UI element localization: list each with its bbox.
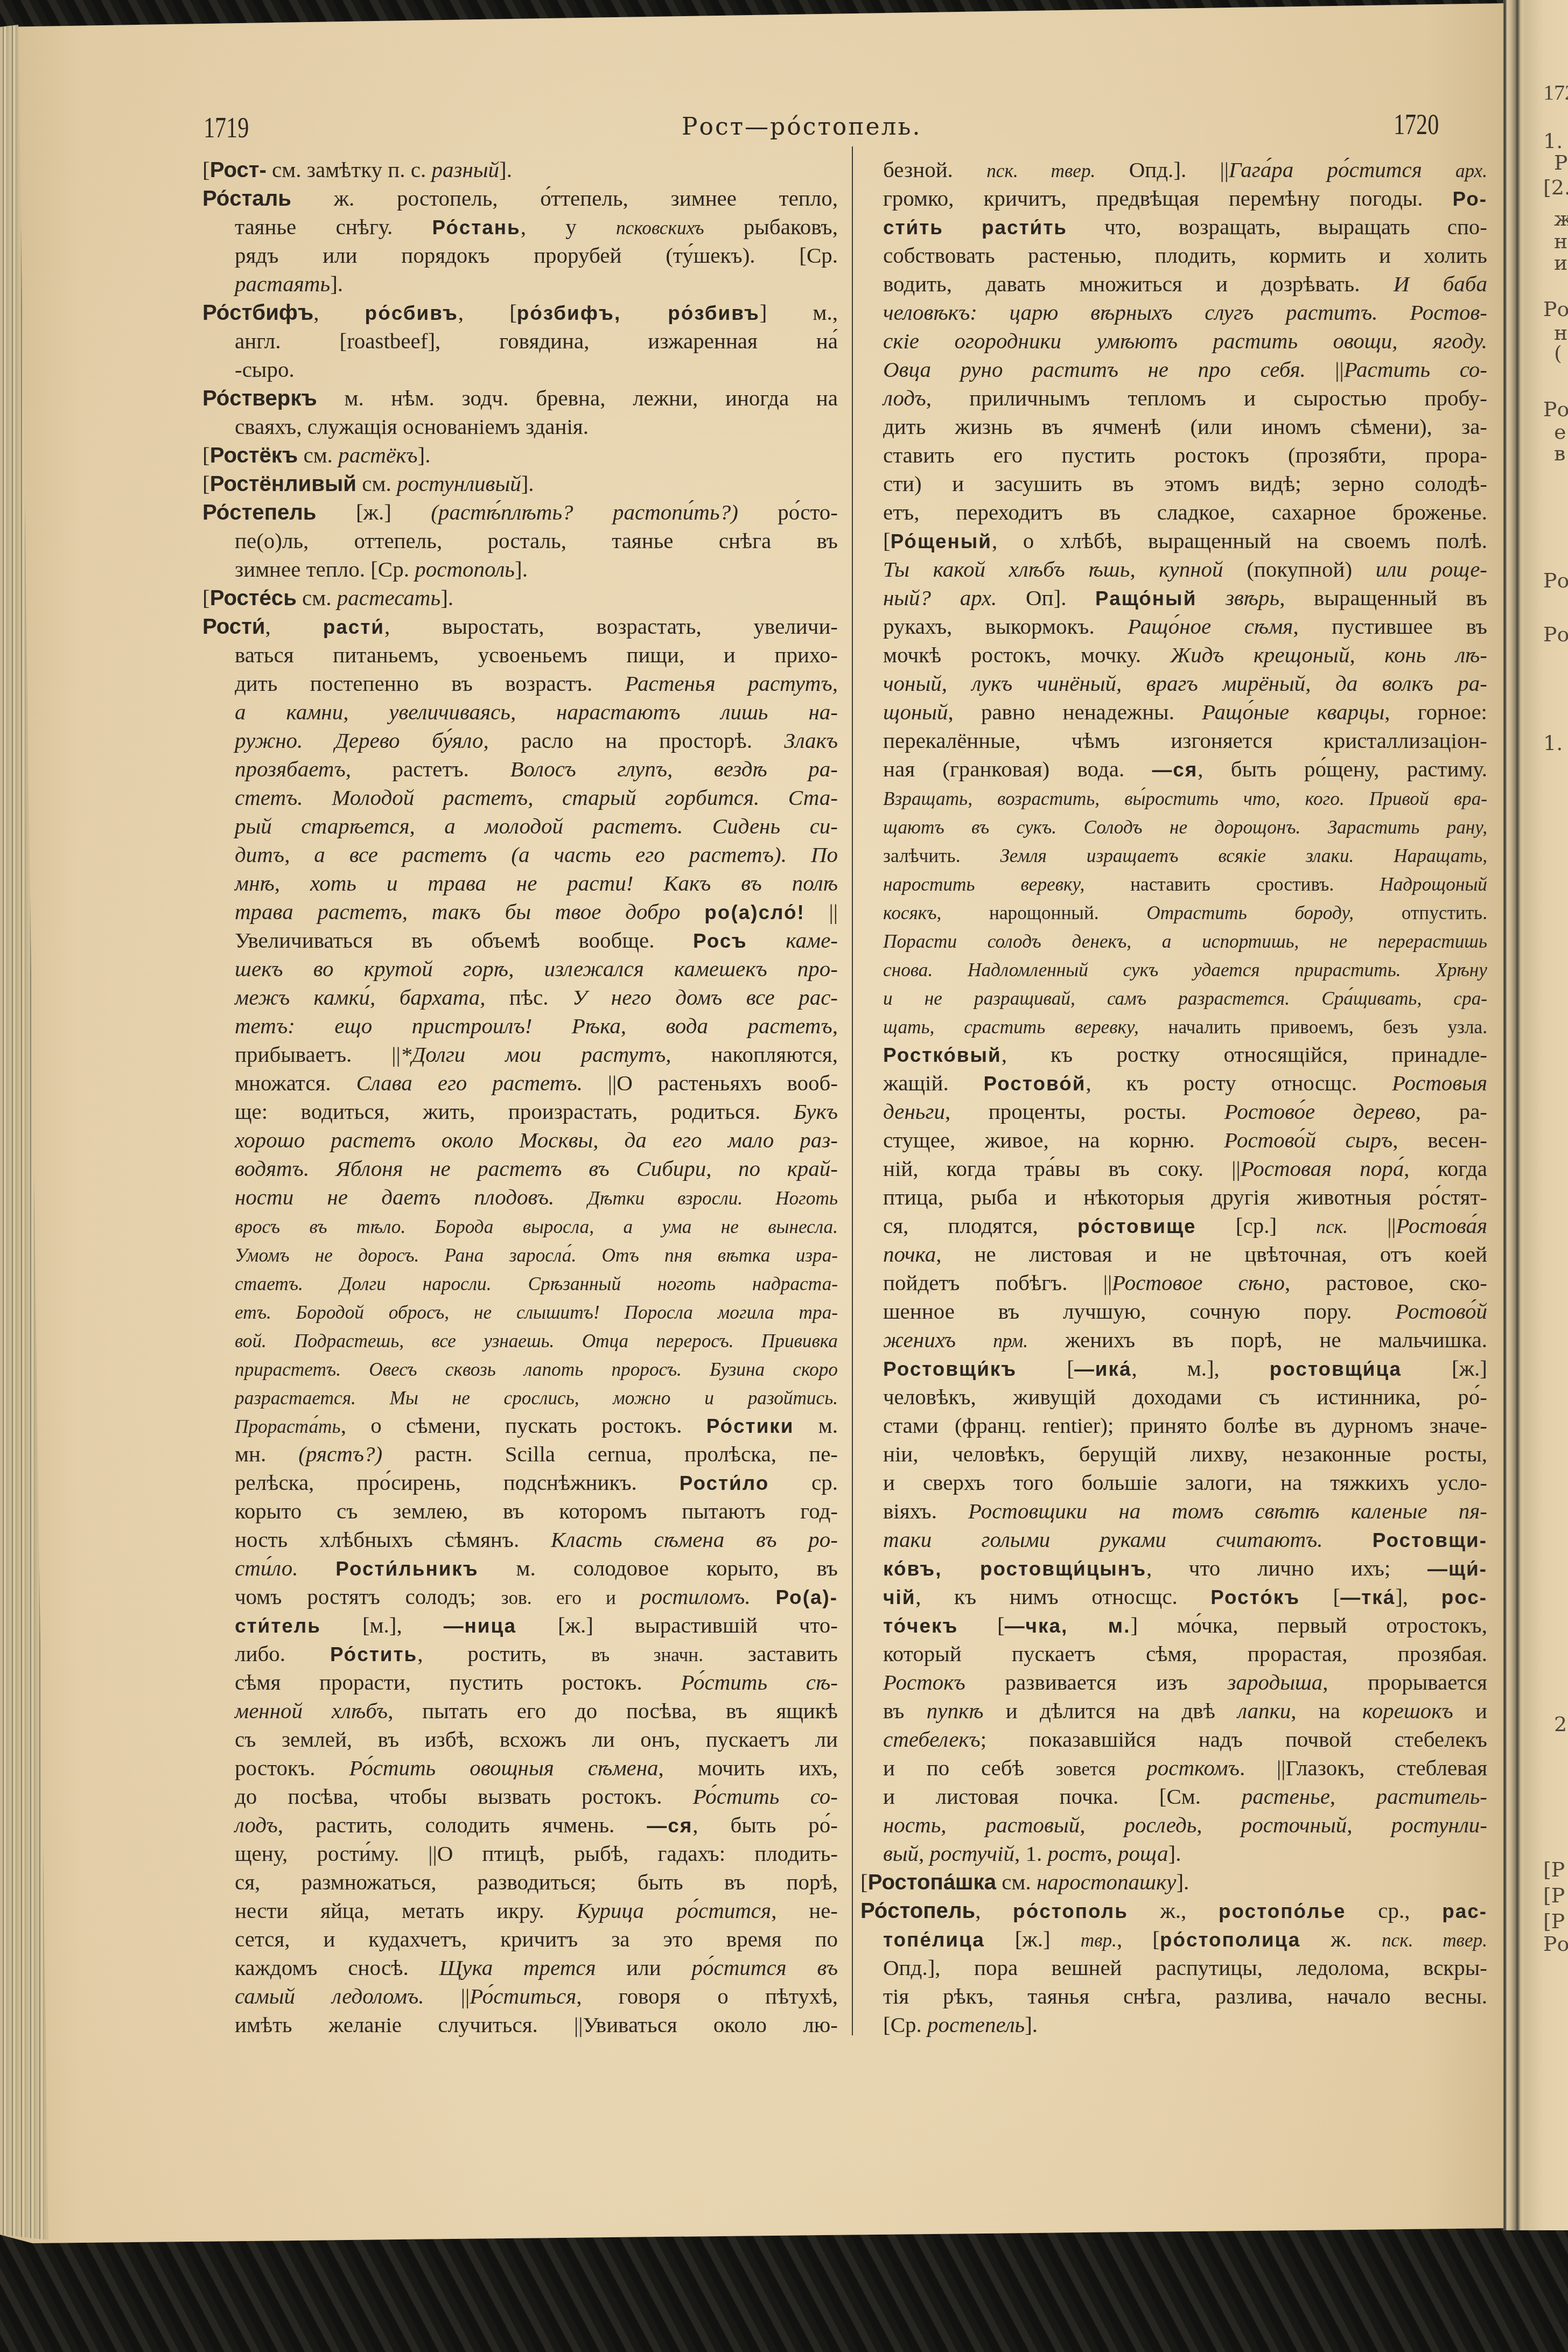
text-line: ко́въ, ростовщи́цынъ, что лично ихъ; —щи… [860, 1554, 1487, 1583]
text-run: ]. [499, 157, 512, 182]
text-line: дить жизнь въ ячменѣ (или иномъ сѣмени),… [860, 412, 1487, 441]
small-text: нарощонный. [989, 902, 1146, 923]
entry-first-line: Ро́стверкъ м. нѣм. зодч. бревна, лежни, … [202, 384, 838, 412]
text-run: чомъ ростятъ солодъ; [235, 1584, 501, 1609]
text-run: сти) и засушить въ этомъ видѣ; зерно сол… [883, 471, 1487, 496]
headword-spaced: ро́стополь [1013, 1900, 1128, 1922]
headword-spaced: —ика́ [1074, 1358, 1132, 1380]
italic-example: росткомъ [1146, 1755, 1240, 1780]
text-run: [ [958, 1613, 1004, 1637]
text-run: етъ, переходитъ въ сладкое, сахарное бро… [883, 500, 1487, 524]
italic-example: Ращо́ные кварцы [1202, 699, 1384, 724]
text-line: громко, кричитъ, предвѣщая перемѣну пого… [860, 184, 1487, 213]
text-run: , къ росту относщс. [1086, 1070, 1392, 1095]
italic-example: лодъ [883, 386, 926, 410]
next-page-fragment: Ро [1543, 622, 1568, 646]
text-run: , 1. [1014, 1841, 1048, 1866]
text-line: ніи, человѣкъ, берущій лихву, незаконные… [860, 1440, 1487, 1468]
text-run: до посѣва, чтобы вызвать ростокъ. [235, 1784, 693, 1809]
headword-spaced: Рости́ло [680, 1472, 769, 1494]
headword-spaced: Ращо́ный [1095, 587, 1196, 610]
text-run: сваяхъ, служащія основаніемъ зданія. [235, 414, 589, 439]
small-italic-example: Умомъ не доросъ. Рана заросла́. Отъ пня … [235, 1245, 838, 1266]
text-run: , равно ненадежны. [948, 699, 1202, 724]
italic-example: растаять [235, 271, 330, 296]
italic-example: а камни, увеличиваясь, нарастаютъ лишь н… [235, 699, 838, 724]
text-run: ] м., [760, 300, 838, 325]
text-line: сѣмя прорасти, пустить ростокъ. Ро́стить… [202, 1668, 838, 1697]
headword-spaced: ро(а)сло́! [704, 901, 804, 923]
text-line: ся, плодятся, ро́стовище [ср.] пск. ||Ро… [860, 1212, 1487, 1240]
headword-spaced: ростовщи́ца [1270, 1358, 1402, 1380]
text-line: ность хлѣбныхъ сѣмянъ. Класть сѣмена въ … [202, 1525, 838, 1554]
small-italic-example: Дѣтки взросли. Ноготь [588, 1188, 838, 1209]
text-run: см. [298, 443, 338, 467]
text-run [1323, 1527, 1373, 1552]
text-run: перекалённые, чѣмъ изгоняется кристаллиз… [883, 728, 1487, 753]
text-run: ]. [1168, 1841, 1181, 1866]
text-run: || [1348, 1213, 1396, 1238]
text-line: вой. Подрастешь, все узнаешь. Отца перер… [202, 1326, 838, 1354]
text-line: Ростовщи́къ [—ика́, м.], ростовщи́ца [ж.… [860, 1354, 1487, 1383]
italic-example: чоный, лукъ чинёный, врагъ мирёный, да в… [883, 671, 1487, 696]
italic-example: хорошо растетъ около Москвы, да его мало… [235, 1128, 838, 1152]
italic-example: Ростокъ [883, 1670, 965, 1695]
headword-spaced: Ро(а)- [775, 1586, 838, 1608]
italic-example: сти́ло. [235, 1556, 298, 1580]
text-line: -сыро. [202, 355, 838, 384]
text-run: ж., [1128, 1898, 1219, 1923]
text-run: , [265, 614, 323, 639]
italic-example: прозябаетъ, [235, 757, 392, 781]
headword-spaced: —ся [1152, 759, 1198, 781]
text-line: чоный, лукъ чинёный, врагъ мирёный, да в… [860, 669, 1487, 698]
text-line: сти́ло. Рости́льникъ м. солодовое корыто… [202, 1554, 838, 1583]
text-run: женихъ въ порѣ, не мальчишка. [1028, 1327, 1487, 1352]
text-line: Овца руно раститъ не про себя. ||Растить… [860, 355, 1487, 384]
text-run: [ [202, 471, 210, 496]
text-line: Опд.], пора вешней распутицы, ледолома, … [860, 1954, 1487, 1982]
headword: Ростопа́шка [868, 1870, 996, 1894]
small-italic-example: пск. твер. [986, 160, 1095, 181]
small-text: началить привоемъ, безъ узла. [1168, 1017, 1487, 1038]
headword-spaced: Ро́стики [706, 1415, 794, 1437]
scanned-book-spread: 1719 Рост—ро́стопель. 1720 [Рост- см. за… [0, 0, 1568, 2352]
text-line: вросъ въ тѣло. Борода выросла, а ума не … [202, 1212, 838, 1240]
text-run: имѣть желаніе случиться. ||Увиваться око… [235, 2012, 838, 2037]
text-line: хорошо растетъ около Москвы, да его мало… [202, 1126, 838, 1154]
text-line: корыто съ землею, въ которомъ пытаютъ го… [202, 1497, 838, 1525]
italic-example: Курица ро́стится [577, 1898, 772, 1923]
text-line: тетъ: ещо пристроилъ! Рѣка, вода растетъ… [202, 1012, 838, 1040]
text-line: стетъ. Молодой растетъ, старый горбится.… [202, 783, 838, 812]
text-run: , ростить, [417, 1641, 591, 1666]
text-line: ности не даетъ плодовъ. Дѣтки взросли. Н… [202, 1183, 838, 1212]
text-run: корыто съ землею, въ которомъ пытаютъ го… [235, 1499, 838, 1523]
text-line: пе(о)ль, оттепель, росталь, таянье снѣга… [202, 527, 838, 555]
small-italic-example: етъ. Бородой обросъ, не слышитъ! Поросла… [235, 1302, 838, 1323]
text-line: ростокъ. Ро́стить овощныя сѣмена, мочить… [202, 1754, 838, 1782]
text-line: почка, не листовая и не цвѣточная, отъ к… [860, 1240, 1487, 1269]
italic-example: Ростово́й [1395, 1299, 1487, 1324]
text-line: и не разращивай, самъ разрастется. Сра́щ… [860, 983, 1487, 1012]
italic-example: ружно. Дерево бу́яло, [235, 728, 521, 753]
italic-example: ростепель [927, 2012, 1025, 2037]
text-run: , ра- [1416, 1099, 1487, 1124]
page-number-right: 1720 [1394, 108, 1439, 141]
italic-example: Гага́ра ро́стится [1229, 157, 1422, 182]
text-run: ся, размножаться, разводиться; быть въ п… [235, 1870, 838, 1894]
text-run: мочкѣ ростокъ, мочку. [883, 642, 1171, 667]
text-line: множатся. Слава его растетъ. ||О растень… [202, 1069, 838, 1097]
entry-first-line: [Рост- см. замѣтку п. с. разный]. [202, 156, 838, 184]
text-run: и [1453, 1698, 1487, 1723]
italic-example: межъ камки́, бархата, [235, 985, 509, 1010]
italic-example: ности не даетъ плодовъ. [235, 1185, 588, 1209]
italic-example: Ростова́я [1396, 1213, 1487, 1238]
text-run: [м.], [321, 1613, 444, 1637]
italic-example: Ро́стить со- [693, 1784, 838, 1809]
headword-spaced: топе́лица [883, 1929, 985, 1951]
text-run: [ж.] [317, 500, 431, 524]
headword-spaced: то́чекъ [883, 1615, 958, 1637]
italic-example: человѣкъ: царю вѣрныхъ слугъ раститъ. Ро… [883, 300, 1487, 325]
text-run: ||О растеньяхъ вооб- [583, 1070, 838, 1095]
next-page-fragment: ( [1554, 341, 1562, 365]
text-run: безной. [883, 157, 986, 182]
italic-example: Ростовыя [1392, 1070, 1487, 1095]
entry-first-line: [Росте́сь см. растесать]. [202, 584, 838, 612]
text-run: шенное въ лучшую, сочную пору. [883, 1299, 1395, 1324]
headword: Ро́стверкъ [202, 386, 317, 410]
next-page-fragment: Ро [1543, 1932, 1568, 1956]
entry-first-line: Рости́, расти́, выростать, возрастать, у… [202, 612, 838, 641]
text-run: , говоря о пѣтухѣ, [576, 1984, 838, 2008]
italic-example: У него домъ все рас- [572, 985, 838, 1010]
entry-first-line: Ро́степель [ж.] (растѣ́плѣть? растопи́ть… [202, 498, 838, 527]
next-page-fragment: ж [1554, 207, 1568, 230]
text-line: Прораста́ть, о сѣмени, пускать ростокъ. … [202, 1411, 838, 1440]
next-page-fragment: н [1554, 229, 1567, 253]
book-gutter-shadow [1503, 0, 1524, 2230]
text-line: нести яйца, метать икру. Курица ро́ститс… [202, 1896, 838, 1925]
text-run: , пустившее въ [1293, 614, 1487, 639]
text-line: рый старѣется, а молодой растетъ. Сидень… [202, 812, 838, 841]
text-run: , пытать его до посѣва, въ ящикѣ [388, 1698, 838, 1723]
text-run: зимнее тепло. [Ср. [235, 557, 415, 582]
text-line: менной хлѣбъ, пытать его до посѣва, въ я… [202, 1697, 838, 1725]
text-run: растетъ. [392, 757, 510, 781]
text-run: , [313, 300, 365, 325]
text-run: [ж.] [985, 1927, 1081, 1951]
text-run: , выращенный въ [1279, 585, 1487, 610]
small-italic-example: вой. Подрастешь, все узнаешь. Отца перер… [235, 1331, 838, 1352]
text-line: сваяхъ, служащія основаніемъ зданія. [202, 412, 838, 441]
text-line: каждомъ сносѣ. Щука трется или ро́стится… [202, 1954, 838, 1982]
italic-example: растенье, раститель- [1242, 1784, 1487, 1809]
text-line: косякъ, нарощонный. Отрастить бороду, от… [860, 898, 1487, 926]
italic-example: пупкѣ [927, 1698, 984, 1723]
text-line: ній, когда тра́вы въ соку. ||Ростовая по… [860, 1154, 1487, 1183]
text-run [1422, 157, 1455, 182]
small-text: зов. его и [501, 1587, 641, 1608]
text-line: вый, ростучій, 1. ростъ, роща]. [860, 1839, 1487, 1868]
text-run: громко, кричитъ, предвѣщая перемѣну пого… [883, 186, 1452, 211]
italic-example: звѣрь [1226, 585, 1279, 610]
italic-example: (растѣ́плѣть? растопи́ть?) [431, 500, 738, 524]
text-run: прибываетъ. || [235, 1042, 401, 1067]
next-page-fragment: 1. Н [1543, 731, 1568, 755]
italic-example: Ты какой хлѣбъ ѣшь, купной [883, 557, 1223, 582]
next-page-strip: 1721 1. Р Р [2. ж н и Рос н ( Рос е в Ро… [1524, 0, 1568, 2230]
text-run: , растовое, ско- [1285, 1270, 1487, 1295]
italic-example: Растенья растутъ, [625, 671, 838, 696]
text-line: рукахъ, выкормокъ. Ращо́ное сѣмя, пустив… [860, 612, 1487, 641]
text-run: ростокъ. [235, 1755, 349, 1780]
text-line: стущее, живое, на корню. Ростово́й сыръ,… [860, 1126, 1487, 1154]
italic-example: водятъ. Яблоня не растетъ въ Сибири, по … [235, 1156, 838, 1181]
headword: Ростёкъ [210, 443, 298, 467]
next-page-fragment: Рос [1543, 397, 1568, 421]
text-run: , приличнымъ тепломъ и сыростью пробу- [926, 386, 1487, 410]
text-line: дитъ, а все растетъ (а часть его растетъ… [202, 841, 838, 869]
next-page-fragment: 1. Р [1543, 129, 1568, 153]
italic-example: Ро́стить овощныя сѣмена [349, 1755, 659, 1780]
text-run: человѣкъ, живущій доходами съ истинника,… [883, 1384, 1487, 1409]
next-page-fragment: 2. [1554, 1712, 1568, 1736]
text-run: [ [883, 528, 891, 553]
text-run: дить жизнь въ ячменѣ (или иномъ сѣмени),… [883, 414, 1487, 439]
text-run: пе(о)ль, оттепель, росталь, таянье снѣга… [235, 528, 838, 553]
italic-example: Волосъ глупъ, вездѣ ра- [510, 757, 838, 781]
text-line: межъ камки́, бархата, пѣс. У него домъ в… [202, 983, 838, 1012]
small-italic-example: псковскихъ [616, 218, 704, 239]
headword-spaced: Ро́стить [330, 1643, 417, 1665]
headword-spaced: ко́въ, ростовщи́цынъ [883, 1558, 1146, 1580]
headword-spaced: рос- [1441, 1586, 1487, 1608]
entry-first-line: [Ростопа́шка см. наростопашку]. [860, 1868, 1487, 1896]
headword-spaced: Ро́щеный [891, 530, 992, 552]
italic-example: Ращо́ное сѣмя [1128, 614, 1293, 639]
text-run: стами (франц. rentier); принято болѣе въ… [883, 1413, 1487, 1438]
text-line: и листовая почка. [См. растенье, растите… [860, 1782, 1487, 1811]
headword-spaced: Ростовщи- [1373, 1529, 1487, 1551]
next-page-fragment: Ро [1543, 569, 1568, 592]
italic-example: Ро́ститься [470, 1984, 576, 2008]
text-line: топе́лица [ж.] твр., [ро́стополица ж. пс… [860, 1925, 1487, 1954]
text-line: шекъ во крутой горѣ, излежался камешекъ … [202, 955, 838, 983]
text-run: пойдетъ побѣгъ. || [883, 1270, 1112, 1295]
italic-example: Слава его растетъ. [356, 1070, 583, 1095]
text-run: ро́сто- [738, 500, 838, 524]
text-run: , къ нимъ относщс. [915, 1584, 1210, 1609]
entry-first-line: [Ростёкъ см. растёкъ]. [202, 441, 838, 470]
text-line: ставить его пустить ростокъ (прозябти, п… [860, 441, 1487, 470]
text-run: ще: водиться, жить, произрастать, родить… [235, 1099, 794, 1124]
text-line: собствовать растенью, плодить, кормить и… [860, 241, 1487, 270]
small-italic-example: Прораста́ть [235, 1416, 341, 1437]
text-run: и по себѣ [883, 1755, 1056, 1780]
headword-spaced: ро́сбивъ [365, 302, 458, 324]
italic-example: ность, растовый, роследь, росточный, рос… [883, 1812, 1487, 1837]
italic-example: менной хлѣбъ [235, 1698, 388, 1723]
text-line: ся, размножаться, разводиться; быть въ п… [202, 1868, 838, 1896]
headword-spaced: Ро́стань [432, 216, 521, 239]
text-line: безной. пск. твер. Опд.]. ||Гага́ра ро́с… [860, 156, 1487, 184]
text-line: имѣть желаніе случиться. ||Увиваться око… [202, 2011, 838, 2039]
italic-example: дитъ, а все растетъ (а часть его растетъ… [235, 842, 838, 867]
text-run: -сыро. [235, 357, 295, 382]
text-run: щену, рости́му. ||О птицѣ, рыбѣ, гадахъ:… [235, 1841, 838, 1866]
text-line: перекалённые, чѣмъ изгоняется кристаллиз… [860, 726, 1487, 755]
text-run: (покупной) [1223, 557, 1376, 582]
headword-spaced: расти́ [323, 616, 384, 638]
text-run: ніи, человѣкъ, берущій лихву, незаконные… [883, 1441, 1487, 1466]
text-run [298, 1556, 335, 1580]
text-run: , быть ро́- [692, 1812, 838, 1837]
small-italic-example: косякъ, [883, 902, 989, 923]
text-run: , [975, 1898, 1013, 1923]
text-line: релѣска, про́сирень, подснѣжникъ. Рости́… [202, 1468, 838, 1497]
text-run: || [805, 899, 838, 924]
small-italic-example: арх. [1455, 160, 1487, 181]
small-italic-example: Отрастить бороду, [1146, 902, 1401, 923]
text-run: , на [1291, 1698, 1362, 1723]
italic-example: лапки [1237, 1698, 1291, 1723]
text-line: и по себѣ зовется росткомъ. ||Глазокъ, с… [860, 1754, 1487, 1782]
headword-spaced: сти́тель [235, 1615, 321, 1637]
text-line: ный? арх. Оп]. Ращо́ный звѣрь, выращенны… [860, 584, 1487, 612]
text-line: Ростко́вый, къ ростку относящійся, прина… [860, 1040, 1487, 1069]
text-run: Опд.]. || [1095, 157, 1229, 182]
text-run: , что лично ихъ; [1146, 1556, 1427, 1580]
text-run: ставить его пустить ростокъ (прозябти, п… [883, 443, 1487, 467]
text-run: , растить, солодить ячмень. [278, 1812, 647, 1837]
text-run: см. [356, 471, 397, 496]
entry-first-line: [Ростёнливый см. ростунливый]. [202, 470, 838, 498]
headword-spaced: Росто́къ [1210, 1586, 1300, 1608]
next-page-fragment: Рос [1543, 297, 1568, 321]
entry-first-line: Ро́сталь ж. ростопель, о́ттепель, зимнее… [202, 184, 838, 213]
italic-example: стебелекъ [883, 1727, 981, 1752]
headword-spaced: ро́стополица [1160, 1929, 1300, 1951]
small-italic-example: Земля изращаетъ всякіе злаки. Наращать, [1000, 845, 1487, 866]
small-italic-example: Взращать, возрастить, вы́ростить что, ко… [883, 788, 1487, 809]
headword: Ро́стопель [860, 1899, 975, 1923]
text-run: ] мо́чка, первый отростокъ, [1130, 1613, 1487, 1637]
text-run: растн. Scilla cernua, пролѣска, пе- [382, 1441, 838, 1466]
text-line: самый ледоломъ. ||Ро́ститься, говоря о п… [202, 1982, 838, 2011]
small-text: въ значн. [591, 1644, 703, 1665]
italic-example: (рястъ?) [298, 1441, 382, 1466]
text-line: рядъ или порядокъ прорубей (ту́шекъ). [С… [202, 241, 838, 270]
text-run: , о сѣмени, пускать ростокъ. [341, 1413, 706, 1438]
text-run: тія рѣкъ, таянья снѣга, разлива, начало … [883, 1984, 1487, 2008]
next-page-fragment: в [1554, 442, 1565, 465]
small-italic-example: разрастается. Мы не срослись, можно и ра… [235, 1388, 838, 1409]
italic-example: Букъ [794, 1099, 838, 1124]
text-run: водить, давать множиться и дозрѣвать. [883, 271, 1394, 296]
headword: Ро́сталь [202, 186, 291, 211]
text-run: жащій. [883, 1070, 984, 1095]
text-run: [ [202, 585, 210, 610]
text-run: ]. [330, 271, 343, 296]
text-run [1196, 585, 1226, 610]
text-line: и сверхъ того большіе залоги, на тяжкихъ… [860, 1468, 1487, 1497]
text-run: ній, когда тра́вы въ соку. || [883, 1156, 1241, 1181]
text-run: , мочить ихъ, [659, 1755, 838, 1780]
text-run: ср., [1346, 1898, 1443, 1923]
text-line: лодъ, растить, солодить ячмень. —ся, быт… [202, 1811, 838, 1839]
small-text: зовется [1056, 1759, 1146, 1780]
italic-example: *Долги мои растутъ, [401, 1042, 671, 1067]
text-run: рядъ или порядокъ прорубей (ту́шекъ). [С… [235, 243, 838, 268]
italic-example: или роще- [1376, 557, 1487, 582]
italic-example: стетъ. Молодой растетъ, старый горбится.… [235, 785, 838, 810]
text-run: и дѣлится на двѣ [984, 1698, 1238, 1723]
text-line: скіе огородники умѣютъ растить овощи, яг… [860, 327, 1487, 355]
text-line: мочкѣ ростокъ, мочку. Жидъ крещоный, кон… [860, 641, 1487, 669]
text-run: мн. [235, 1441, 298, 1466]
italic-example: ростунливый [397, 471, 521, 496]
text-run: ся, плодятся, [883, 1213, 1077, 1238]
italic-example: самый ледоломъ. [235, 1984, 424, 2008]
headword: Рост- [210, 158, 267, 182]
text-run: ]. [1176, 1870, 1189, 1894]
text-line: Порасти солодъ денекъ, а испортишь, не п… [860, 926, 1487, 955]
headword-spaced: Ро- [1452, 188, 1487, 210]
small-italic-example: вросъ въ тѣло. Борода выросла, а ума не … [235, 1216, 838, 1237]
text-run: [ [202, 443, 210, 467]
text-run: или [596, 1955, 692, 1980]
text-run: Оп]. [997, 585, 1095, 610]
text-line: прозябаетъ, растетъ. Волосъ глупъ, вездѣ… [202, 755, 838, 783]
headword-spaced: Ростово́й [984, 1073, 1086, 1095]
text-line: англ. [roastbeef], говядина, изжаренная … [202, 327, 838, 355]
headword: Ростёнливый [210, 472, 356, 496]
text-line: трава растетъ, такъ бы твое добро ро(а)с… [202, 898, 838, 926]
headword-spaced: Ростовщи́къ [883, 1358, 1017, 1380]
text-run: см. [996, 1870, 1037, 1894]
text-run: ; показавшійся надъ почвой стебелекъ [981, 1727, 1487, 1752]
text-line: прирастетъ. Овесъ сквозь лапоть проросъ.… [202, 1354, 838, 1383]
text-line: лодъ, приличнымъ тепломъ и сыростью проб… [860, 384, 1487, 412]
text-line: человѣкъ, живущій доходами съ истинника,… [860, 1383, 1487, 1411]
text-line: залѣчить. Земля изращаетъ всякіе злаки. … [860, 841, 1487, 869]
text-run: ж. ростопель, о́ттепель, зимнее тепло, [291, 186, 838, 211]
italic-example: щоный [883, 699, 948, 724]
italic-example: трава растетъ, такъ бы твое добро [235, 899, 704, 924]
italic-example: Ро́стить сѣ- [681, 1670, 838, 1695]
text-line: человѣкъ: царю вѣрныхъ слугъ раститъ. Ро… [860, 298, 1487, 327]
text-run: [ж.] [1402, 1356, 1487, 1381]
text-run: , м.], [1131, 1356, 1269, 1381]
italic-example: разный [432, 157, 500, 182]
italic-example: Жидъ крещоный, конь лѣ- [1171, 642, 1487, 667]
text-run: стущее, живое, на корню. [883, 1128, 1224, 1152]
text-line: [Ср. ростепель]. [860, 2011, 1487, 2039]
text-line: въ пупкѣ и дѣлится на двѣ лапки, на коре… [860, 1697, 1487, 1725]
next-page-fragment: Р [1554, 151, 1568, 174]
italic-example: Класть сѣмена въ ро- [551, 1527, 838, 1552]
italic-example: ростополь [415, 557, 515, 582]
italic-example: вый, ростучій [883, 1841, 1014, 1866]
italic-example: Ростовая пора́ [1241, 1156, 1404, 1181]
text-run: развивается изъ [965, 1670, 1228, 1695]
column-right: безной. пск. твер. Опд.]. ||Гага́ра ро́с… [860, 156, 1487, 2039]
text-run: дить постепенно въ возрастъ. [235, 671, 625, 696]
text-line: етъ. Бородой обросъ, не слышитъ! Поросла… [202, 1297, 838, 1326]
